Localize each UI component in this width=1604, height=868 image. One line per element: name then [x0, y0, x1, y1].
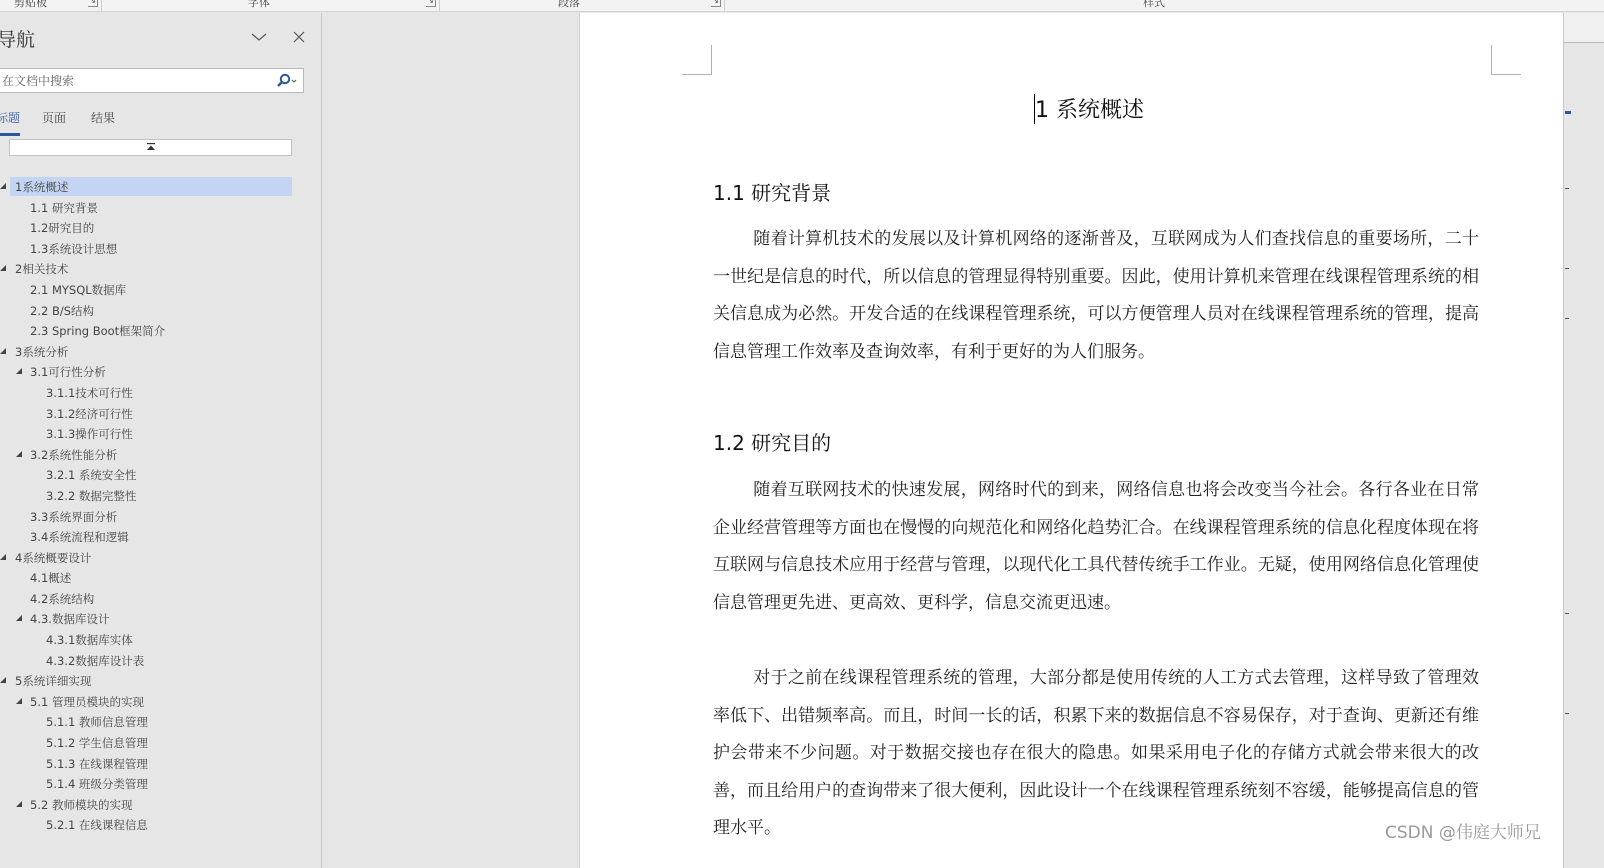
tick-mark [1565, 713, 1569, 714]
tree-item-label: 4.3.2数据库设计表 [46, 653, 144, 669]
tree-item[interactable]: 3.1.2经济可行性 [0, 403, 300, 424]
tree-item-label: 2.3 Spring Boot框架简介 [30, 323, 165, 339]
tree-item[interactable]: 5系统详细实现 [0, 670, 300, 691]
navigation-pane: 导航 标题 页面 结果 1系统概述1.1 研究背景1.2研究目的1.3系统设计思… [0, 13, 322, 868]
collapse-up-icon [146, 143, 156, 151]
expand-triangle-icon[interactable] [16, 615, 22, 621]
tree-item-label: 3.2.1 系统安全性 [46, 467, 136, 483]
ribbon-group-paragraph-label: 段落 [558, 0, 580, 10]
crop-mark-top-left [682, 45, 712, 75]
tree-item[interactable]: 2.1 MYSQL数据库 [0, 279, 300, 300]
section-heading-1-1[interactable]: 1.1 研究背景 [713, 177, 831, 206]
tree-item-label: 5.1.3 在线课程管理 [46, 756, 148, 772]
tree-item[interactable]: 5.1.1 教师信息管理 [0, 711, 300, 732]
tree-item[interactable]: 5.2.1 在线课程信息 [0, 814, 300, 835]
tree-item[interactable]: 3.1可行性分析 [0, 361, 300, 382]
paragraph[interactable]: 对于之前在线课程管理系统的管理，大部分都是使用传统的人工方式去管理，这样导致了管… [713, 660, 1479, 848]
paragraph[interactable]: 随着互联网技术的快速发展，网络时代的到来，网络信息也将会改变当今社会。各行各业在… [713, 472, 1479, 622]
styles-pane-header [1564, 13, 1604, 43]
tree-item-label: 4.3.数据库设计 [30, 611, 109, 627]
expand-triangle-icon[interactable] [16, 698, 22, 704]
tree-item[interactable]: 2.3 Spring Boot框架简介 [0, 320, 300, 341]
tree-item[interactable]: 3.2.2 数据完整性 [0, 485, 300, 506]
ribbon-separator [101, 0, 102, 12]
search-icon [273, 71, 301, 91]
tree-item-label: 1.1 研究背景 [30, 200, 98, 216]
tree-item-label: 4.3.1数据库实体 [46, 632, 133, 648]
nav-search-box [0, 68, 304, 93]
tree-item[interactable]: 5.1.2 学生信息管理 [0, 732, 300, 753]
document-canvas-gutter [323, 13, 579, 868]
collapse-all-button[interactable] [9, 139, 292, 156]
crop-mark-top-right [1491, 45, 1521, 75]
tree-item-label: 3.3系统界面分析 [30, 509, 117, 525]
expand-triangle-icon[interactable] [0, 554, 6, 560]
nav-pane-options-button[interactable] [249, 27, 269, 47]
tree-item-label: 3系统分析 [15, 344, 68, 360]
tree-item-label: 5.1.4 班级分类管理 [46, 776, 148, 792]
close-icon [289, 27, 309, 47]
tree-item-label: 3.1.2经济可行性 [46, 406, 133, 422]
tree-item-label: 5.1.1 教师信息管理 [46, 714, 148, 730]
tree-item-label: 5系统详细实现 [15, 673, 91, 689]
heading-tree: 1系统概述1.1 研究背景1.2研究目的1.3系统设计思想2相关技术2.1 MY… [0, 176, 300, 835]
tree-item[interactable]: 3.2系统性能分析 [0, 444, 300, 465]
tree-item-label: 4.2系统结构 [30, 591, 94, 607]
paragraph-dialog-launcher-icon[interactable]: ↘ [711, 0, 721, 7]
tree-item-label: 5.2 教师模块的实现 [30, 797, 132, 813]
tree-item[interactable]: 1.1 研究背景 [0, 197, 300, 218]
search-button[interactable] [273, 71, 301, 91]
tree-item[interactable]: 4系统概要设计 [0, 547, 300, 568]
expand-triangle-icon[interactable] [0, 677, 6, 683]
tree-item[interactable]: 5.1.3 在线课程管理 [0, 753, 300, 774]
watermark: CSDN @伟庭大师兄 [1385, 818, 1541, 843]
ribbon-group-clipboard-label: 剪贴板 [14, 0, 47, 10]
tree-item[interactable]: 4.3.数据库设计 [0, 608, 300, 629]
tree-item-label: 3.1可行性分析 [30, 364, 106, 380]
section-heading-1-2[interactable]: 1.2 研究目的 [713, 427, 831, 456]
paragraph-text: 对于之前在线课程管理系统的管理，大部分都是使用传统的人工方式去管理，这样导致了管… [713, 668, 1479, 838]
paragraph-text: 随着计算机技术的发展以及计算机网络的逐渐普及，互联网成为人们查找信息的重要场所，… [713, 229, 1479, 362]
expand-triangle-icon[interactable] [0, 348, 6, 354]
tree-item[interactable]: 3.1.1技术可行性 [0, 382, 300, 403]
tree-item-label: 2.1 MYSQL数据库 [30, 282, 126, 298]
tick-mark [1565, 188, 1569, 189]
document-page[interactable]: 1 系统概述 1.1 研究背景 随着计算机技术的发展以及计算机网络的逐渐普及，互… [579, 13, 1563, 868]
tree-item-label: 3.4系统流程和逻辑 [30, 529, 129, 545]
expand-triangle-icon[interactable] [16, 368, 22, 374]
font-dialog-launcher-icon[interactable]: ↘ [426, 0, 436, 7]
tree-item[interactable]: 1.2研究目的 [0, 217, 300, 238]
tick-mark [1565, 613, 1569, 614]
tree-item[interactable]: 4.3.1数据库实体 [0, 629, 300, 650]
tree-item[interactable]: 4.3.2数据库设计表 [0, 650, 300, 671]
tree-item[interactable]: 1系统概述 [0, 176, 300, 197]
styles-pane-edge [1563, 13, 1604, 868]
tree-item-label: 3.1.1技术可行性 [46, 385, 133, 401]
tree-item-label: 4.1概述 [30, 570, 71, 586]
tree-item-label: 3.2系统性能分析 [30, 447, 117, 463]
tree-item-label: 2相关技术 [15, 261, 68, 277]
tree-item[interactable]: 5.1 管理员模块的实现 [0, 691, 300, 712]
chevron-down-icon [249, 27, 269, 47]
search-input[interactable] [0, 69, 270, 92]
tree-item[interactable]: 2.2 B/S结构 [0, 300, 300, 321]
tree-item-label: 3.1.3操作可行性 [46, 426, 133, 442]
tab-headings[interactable]: 标题 [0, 109, 20, 126]
tree-item-label: 5.1 管理员模块的实现 [30, 694, 144, 710]
tree-item[interactable]: 3.1.3操作可行性 [0, 423, 300, 444]
tree-item[interactable]: 3系统分析 [0, 341, 300, 362]
ribbon-separator [439, 0, 440, 12]
tree-item[interactable]: 3.2.1 系统安全性 [0, 464, 300, 485]
ribbon-group-font-label: 字体 [248, 0, 270, 10]
tick-mark [1565, 318, 1569, 319]
tree-item-label: 5.1.2 学生信息管理 [46, 735, 148, 751]
nav-pane-title: 导航 [0, 25, 35, 52]
tab-pages[interactable]: 页面 [42, 109, 66, 126]
tree-item-label: 5.2.1 在线课程信息 [46, 817, 148, 833]
expand-triangle-icon[interactable] [16, 451, 22, 457]
tree-item[interactable]: 5.2 教师模块的实现 [0, 794, 300, 815]
clipboard-dialog-launcher-icon[interactable]: ↘ [88, 0, 98, 7]
tree-item-label: 1.3系统设计思想 [30, 241, 117, 257]
tree-item-label: 2.2 B/S结构 [30, 303, 94, 319]
tree-item[interactable]: 2相关技术 [0, 258, 300, 279]
tree-item[interactable]: 3.4系统流程和逻辑 [0, 526, 300, 547]
ribbon-separator [724, 0, 725, 12]
tree-item-label: 4系统概要设计 [15, 550, 91, 566]
tick-mark [1565, 268, 1569, 269]
tree-item-label: 3.2.2 数据完整性 [46, 488, 136, 504]
ribbon-group-styles-label: 样式 [1143, 0, 1165, 10]
styles-pane-tab-indicator [1565, 111, 1571, 114]
tree-item[interactable]: 5.1.4 班级分类管理 [0, 773, 300, 794]
paragraph-text: 随着互联网技术的快速发展，网络时代的到来，网络信息也将会改变当今社会。各行各业在… [713, 480, 1479, 613]
expand-triangle-icon[interactable] [0, 265, 6, 271]
expand-triangle-icon[interactable] [16, 801, 22, 807]
tree-item-label: 1系统概述 [15, 179, 68, 195]
tree-item[interactable]: 4.2系统结构 [0, 588, 300, 609]
tree-item[interactable]: 3.3系统界面分析 [0, 506, 300, 527]
tab-results[interactable]: 结果 [91, 109, 115, 126]
tree-item[interactable]: 4.1概述 [0, 567, 300, 588]
paragraph[interactable]: 随着计算机技术的发展以及计算机网络的逐渐普及，互联网成为人们查找信息的重要场所，… [713, 221, 1479, 371]
document-heading-1[interactable]: 1 系统概述 [1035, 93, 1144, 124]
tree-item-label: 1.2研究目的 [30, 220, 94, 236]
ribbon-group-labels: 剪贴板 ↘ 字体 ↘ 段落 ↘ 样式 [0, 0, 1604, 12]
expand-triangle-icon[interactable] [0, 183, 6, 189]
nav-pane-close-button[interactable] [289, 27, 309, 47]
tree-item[interactable]: 1.3系统设计思想 [0, 238, 300, 259]
